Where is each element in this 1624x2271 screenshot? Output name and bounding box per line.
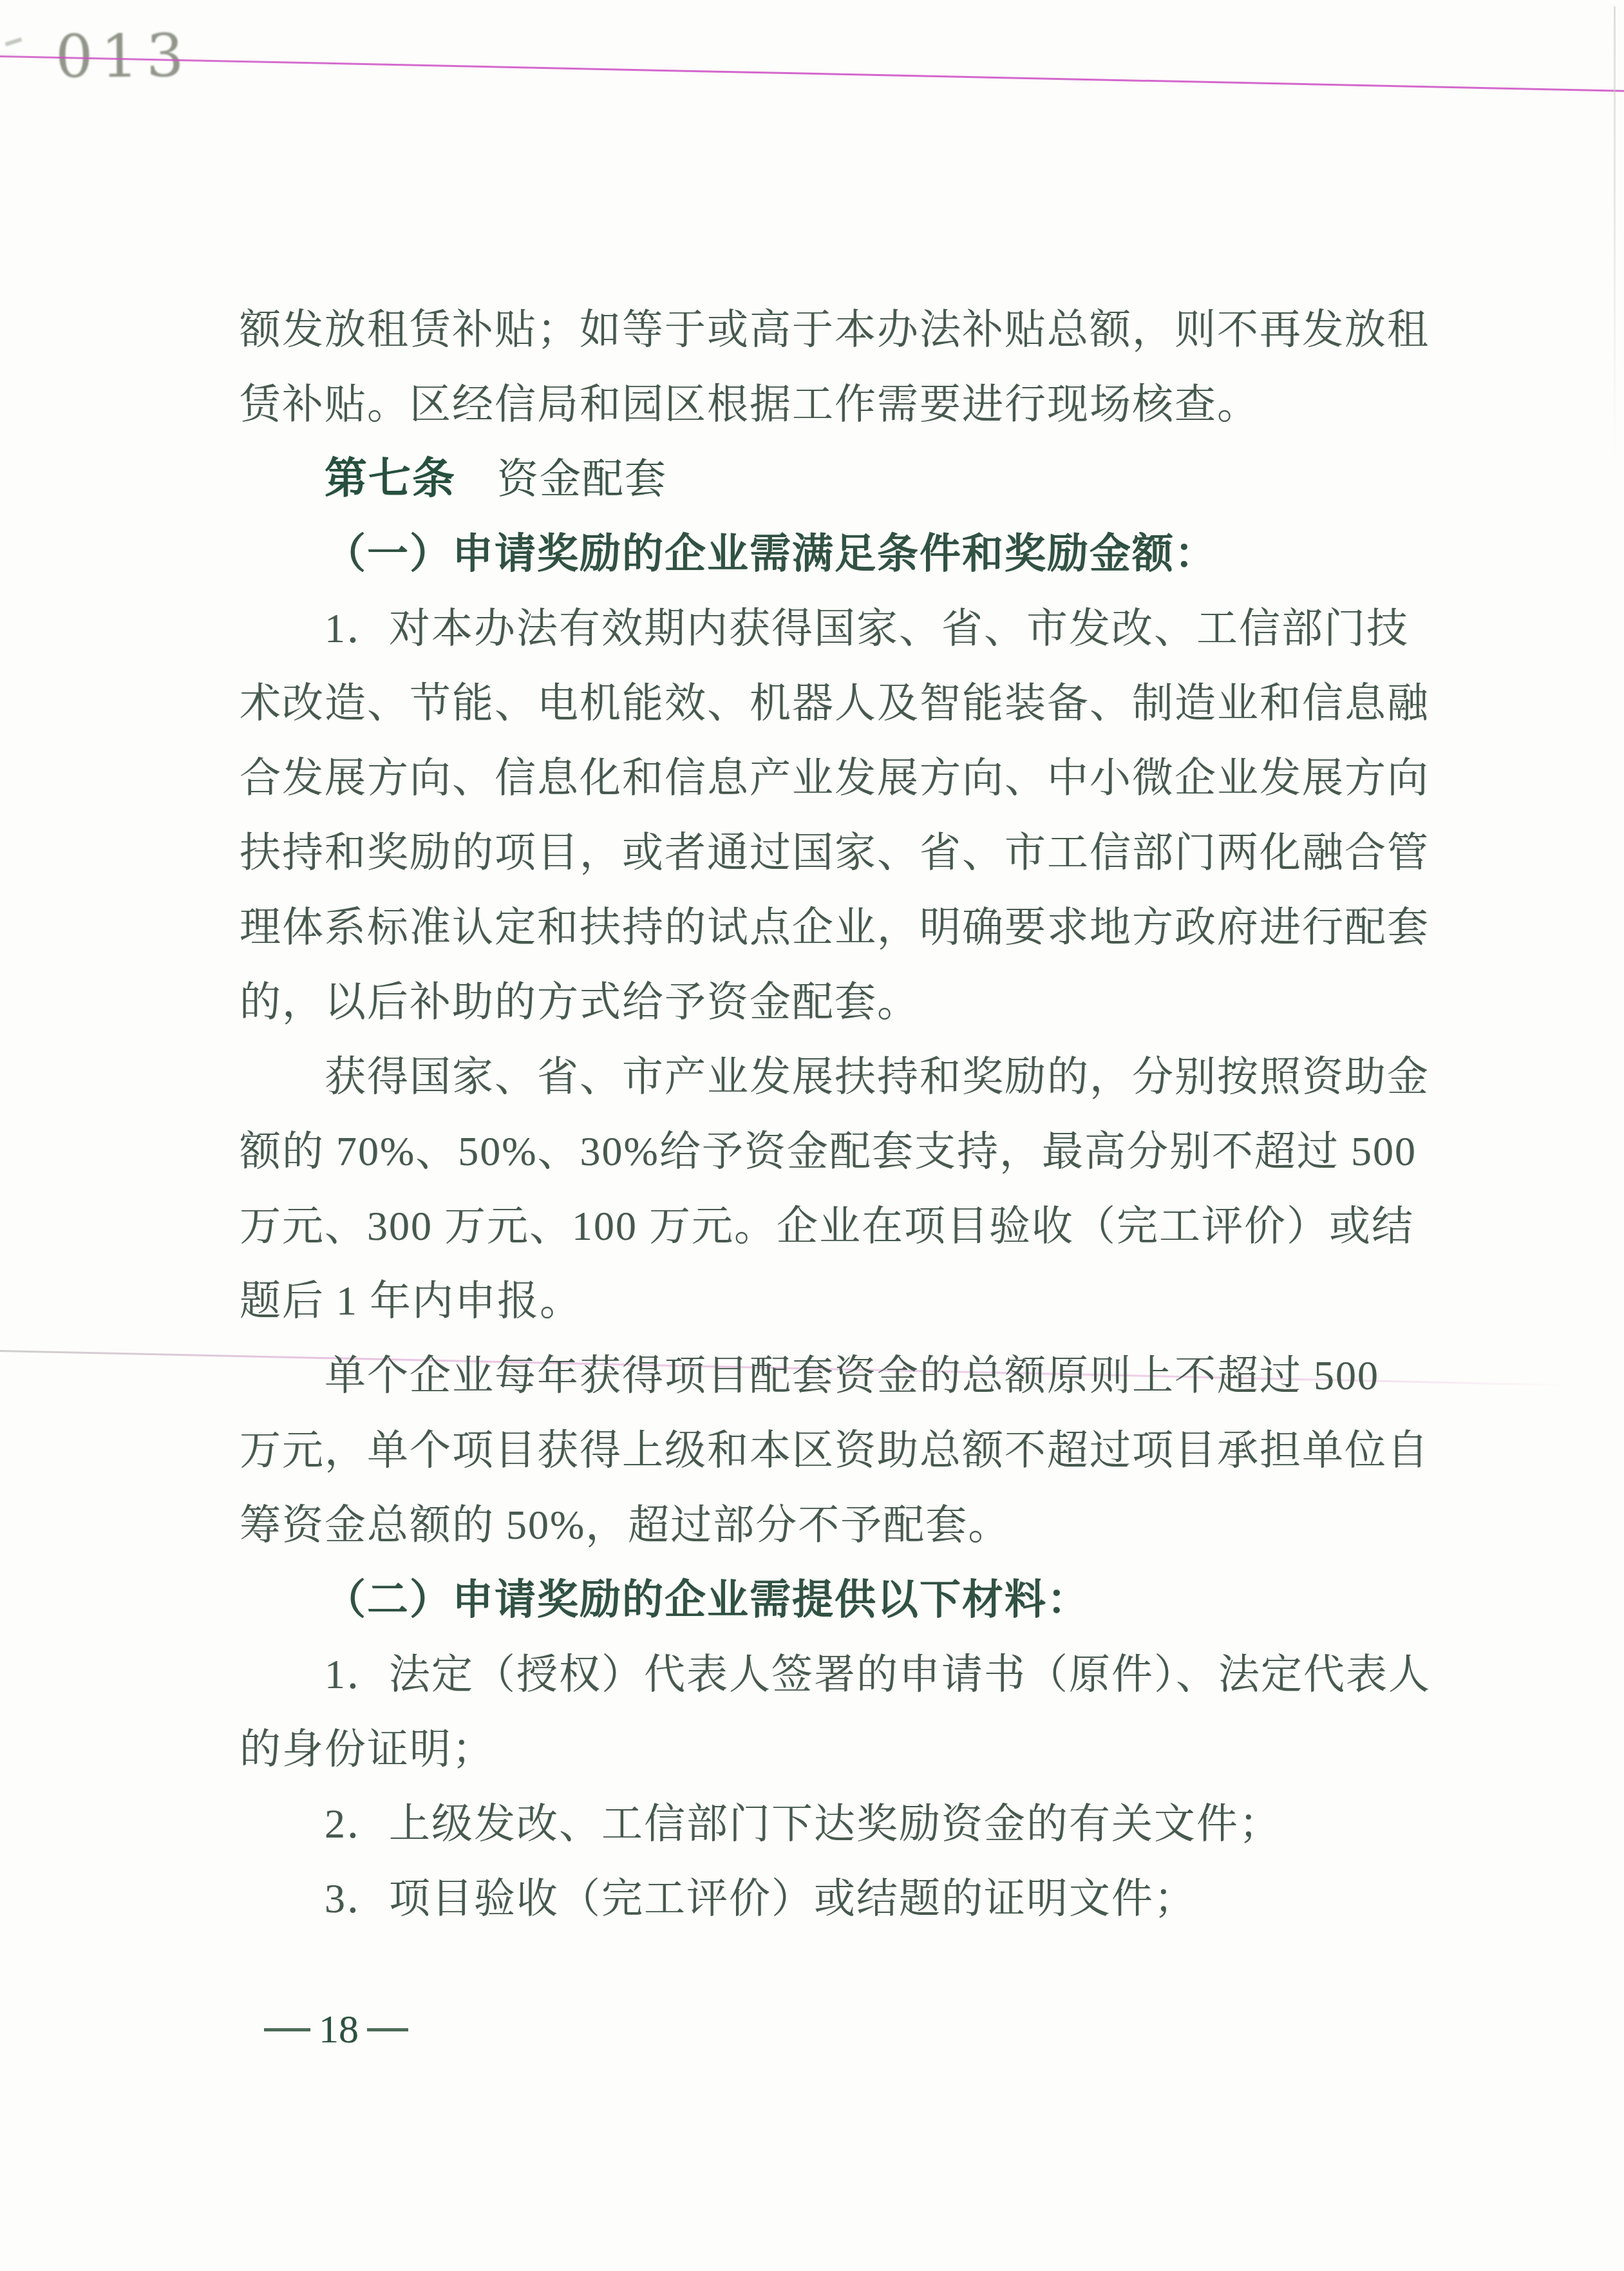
scan-corner-artifact [5,37,23,46]
text-line: 万元、300 万元、100 万元。企业在项目验收（完工评价）或结 [240,1203,1414,1250]
text-line: 理体系标准认定和扶持的试点企业，明确要求地方政府进行配套 [240,904,1430,951]
text-line: 额的 70%、50%、30%给予资金配套支持，最高分别不超过 500 [240,1128,1417,1175]
page-number-value: 18 [319,2010,359,2049]
text-line: 术改造、节能、电机能效、机器人及智能装备、制造业和信息融 [240,680,1430,727]
text-line: 赁补贴。区经信局和园区根据工作需要进行现场核查。 [240,381,1260,428]
text-line: 的，以后补助的方式给予资金配套。 [240,979,920,1025]
page-edge-line [1614,6,1616,457]
scan-line-top [0,55,1624,92]
text-line: 筹资金总额的 50%，超过部分不予配套。 [240,1502,1010,1548]
page-number-dash-right [367,2028,408,2031]
article-heading: 第七条资金配套 [240,456,667,502]
text-line: 1．法定（授权）代表人签署的申请书（原件）、法定代表人 [240,1651,1431,1698]
text-line: 1．对本办法有效期内获得国家、省、市发改、工信部门技 [240,605,1409,652]
section-heading: （一）申请奖励的企业需满足条件和奖励金额： [240,531,1217,577]
text-line: 单个企业每年获得项目配套资金的总额原则上不超过 500 [240,1353,1379,1399]
article-title: 资金配套 [497,456,667,502]
scanned-document-page: 013 额发放租赁补贴；如等于或高于本办法补贴总额，则不再发放租 赁补贴。区经信… [0,0,1624,2271]
text-line: 3．项目验收（完工评价）或结题的证明文件； [240,1876,1196,1922]
page-number: 18 [264,2010,408,2049]
text-line: 额发放租赁补贴；如等于或高于本办法补贴总额，则不再发放租 [240,307,1430,353]
text-line: 的身份证明； [240,1726,495,1772]
text-line: 题后 1 年内申报。 [240,1278,582,1324]
page-number-dash-left [264,2028,310,2031]
text-line: 合发展方向、信息化和信息产业发展方向、中小微企业发展方向 [240,755,1430,801]
text-line: 万元，单个项目获得上级和本区资助总额不超过项目承担单位自 [240,1427,1430,1474]
text-line: 2．上级发改、工信部门下达奖励资金的有关文件； [240,1801,1281,1847]
section-heading: （二）申请奖励的企业需提供以下材料： [240,1577,1090,1623]
text-line: 扶持和奖励的项目，或者通过国家、省、市工信部门两化融合管 [240,830,1430,876]
text-line: 获得国家、省、市产业发展扶持和奖励的，分别按照资助金 [240,1054,1430,1100]
article-number: 第七条 [325,455,456,502]
